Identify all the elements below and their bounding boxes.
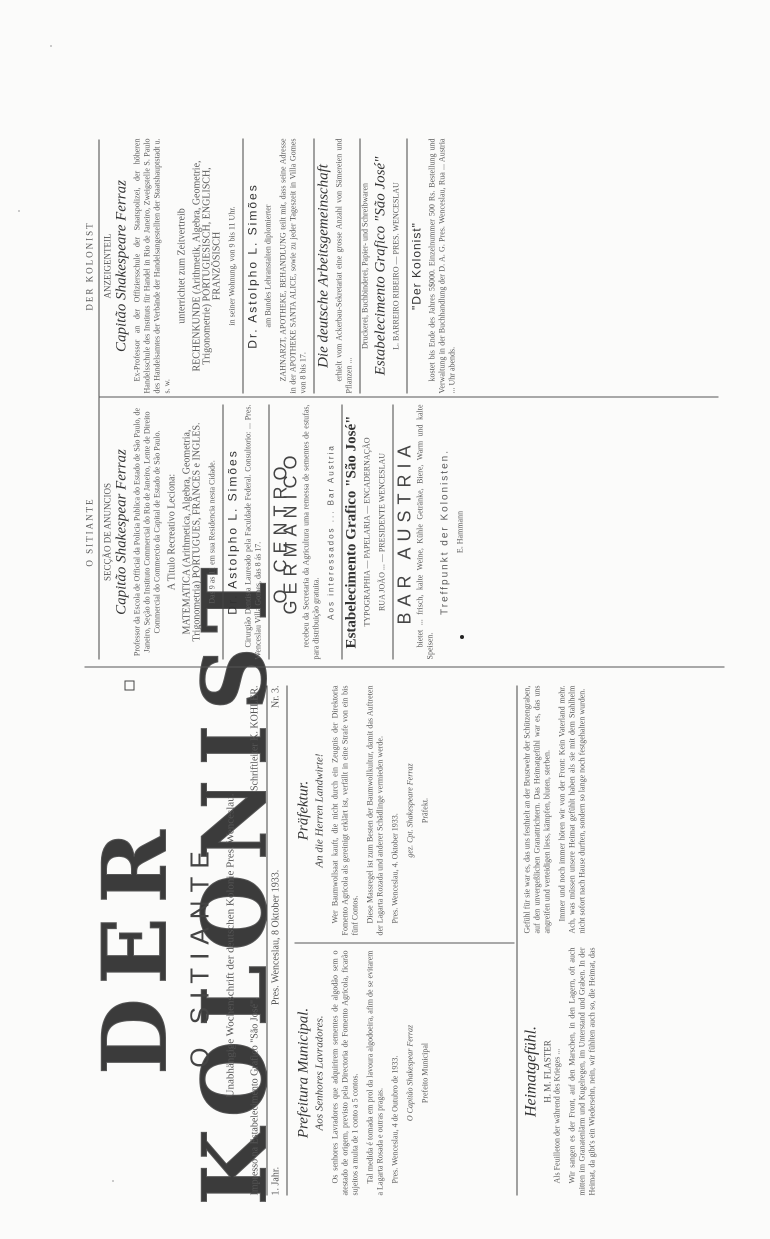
place-date: Pres. Wenceslau, 8 Oktober 1933. — [271, 870, 282, 1005]
grafico-subheading: TYPOGRAPHIA — PAPELARIA — ENCADERNAÇÃO — [363, 405, 373, 660]
paragraph: Immer und noch immer hören wir von der F… — [558, 686, 588, 934]
issue-number: Nr. 3. — [271, 686, 282, 709]
praefektur-heading: Präfektur. — [299, 686, 309, 936]
dentist-text: ZAHNARZT, APOTHEKE, BEHANDLUNG teilt mit… — [279, 139, 309, 394]
paragraph: Wer Baumwollsaat kauft, die nicht durch … — [331, 686, 361, 936]
newspaper-page: DER KOLONIST O SITIANTE Unabhängige Woch… — [85, 136, 730, 1216]
praefektur-notice: Präfektur. An die Herren Landwirte! Wer … — [295, 686, 515, 936]
prefeitura-subheading: Aos Senhores Lavradores. — [315, 951, 325, 1196]
ads-column-pt: SECÇÃO DE ANUNCIOS Capitão Shakespear Fe… — [103, 405, 723, 660]
paragraph: Diese Massregel ist zum Besten der Baumw… — [366, 686, 386, 936]
printer-line: Impresso na Estabelecimento Grafico "São… — [250, 997, 261, 1195]
ad-bio: Professor da Escola de Official da Polic… — [133, 405, 163, 660]
centro-germanico-footer: Aos interessados ... Bar Austria — [327, 405, 337, 660]
ad-subjects: RECHENKUNDE (Arithmetik, Algebra, Geomet… — [193, 139, 223, 394]
signature: gez. Cpt. Shakespeare Ferraz — [406, 686, 416, 936]
place-date: Pres. Wenceslau, 4. Oktober 1933. — [391, 686, 401, 936]
ad-offer: A Titulo Recreativo Leciona: — [168, 405, 178, 660]
square-ornament-icon — [125, 681, 135, 691]
dentist-text: Cirurgião Dentista Laureado pela Faculda… — [244, 405, 264, 660]
paragraph: Os senhores Lavradores que adquirirem se… — [331, 951, 361, 1196]
editor-line: Schriftleiter K. KOHLER. — [250, 686, 261, 792]
ad-name: Capitão Shakespeare Ferraz — [117, 139, 127, 394]
arbeitsgemeinschaft-text: erhielt vom Ackerbau-Sekretariat eine gr… — [335, 139, 355, 394]
running-head-de: DER KOLONIST — [85, 139, 95, 394]
ad-subjects: MATEMATICA (Arithmetica, Algebra, Geomet… — [183, 405, 203, 660]
kolonist-notice-text: kostet bis Ende des Jahres 5$000. Einzel… — [428, 139, 458, 394]
section-label: SECÇÃO DE ANUNCIOS — [103, 405, 113, 660]
ad-name: Capitão Shakespear Ferraz — [117, 405, 127, 660]
ad-bio: Ex-Professor an der Offiziersschule der … — [133, 139, 173, 394]
praefektur-subheading: An die Herren Landwirte! — [315, 686, 325, 936]
article-author: H. M. FLASTER — [543, 948, 553, 1196]
ad-offer: unterrichtet zum Zeitvertreib — [178, 139, 188, 394]
grafico-de-name: Estabelecimento Grafico "São José" — [376, 139, 386, 394]
kolonist-notice-heading: "Der Kolonist" — [412, 139, 422, 394]
article-heading: Heimatgefühl. — [527, 948, 537, 1196]
paragraph: Tal medida é tomada em prol da lavoura a… — [366, 951, 386, 1196]
place-date: Pres. Wenceslau, 4 de Outubro de 1933. — [391, 951, 401, 1196]
bar-austria-text: bietet ... frisch, kalte Weine, Kühle Ge… — [416, 405, 436, 660]
paragraph: Als Feuilleton der während des Krieges .… — [553, 948, 563, 1196]
year: 1. Jahr. — [271, 1167, 282, 1196]
centro-germanico-text: recebeu da Secretaria da Agricultura uma… — [302, 405, 322, 660]
grafico-de-footer: L. BARREIRO RIBEIRO — PRES. WENCESLAU — [392, 139, 402, 394]
signature-title: Prefeito Municipal — [421, 951, 431, 1196]
dentist-name: Dr. Astolpho L. Simões — [248, 139, 258, 394]
ads-column-de: ANZEIGENTEIL Capitão Shakespeare Ferraz … — [103, 139, 723, 394]
centro-germanico-heading: O CENTRO GERMANICO — [276, 405, 296, 660]
bar-austria-heading: BAR AUSTRIA — [400, 405, 410, 660]
ad-hours: Das 9 as 11 em sua Residencia nesta Cida… — [208, 405, 218, 660]
bar-austria-owner: E. Hammann — [456, 405, 466, 660]
signature-title: Präfekt. — [421, 686, 431, 936]
dentist-name: Dr. Astolpho L. Simões — [228, 405, 238, 660]
arbeitsgemeinschaft-heading: Die deutsche Arbeitsgemeinschaft — [319, 139, 329, 394]
ad-hours: in seiner Wohnung, von 9 bis 11 Uhr. — [228, 139, 238, 394]
section-label: ANZEIGENTEIL — [103, 139, 113, 394]
bar-austria-tagline: Treffpunkt der Kolonisten. — [441, 405, 451, 660]
newspaper-subtitle: O SITIANTE — [185, 696, 216, 1216]
running-head-pt: O SITIANTE — [85, 405, 95, 660]
signature: O Capitão Shakespear Ferraz — [406, 951, 416, 1196]
grafico-heading: Estabelecimento Grafico "São José" — [347, 405, 357, 660]
prefeitura-notice: Prefeitura Municipal. Aos Senhores Lavra… — [295, 951, 515, 1196]
prefeitura-heading: Prefeitura Municipal. — [299, 951, 309, 1196]
grafico-footer: RUA JOÃO ... — PRESIDENTE WENCESLAU — [378, 405, 388, 660]
grafico-de-heading: Druckerei, Buchbinderei, Papier- und Sch… — [361, 139, 371, 394]
masthead: DER KOLONIST O SITIANTE Unabhängige Woch… — [85, 676, 730, 1216]
dentist-subtitle: am Bundes Lehranstalten diplomierter — [264, 139, 274, 394]
heimatgefuehl-article: Heimatgefühl. H. M. FLASTER Als Feuillet… — [523, 686, 723, 1196]
tagline: Unabhängige Wochenschrift der deutschen … — [225, 676, 237, 1216]
